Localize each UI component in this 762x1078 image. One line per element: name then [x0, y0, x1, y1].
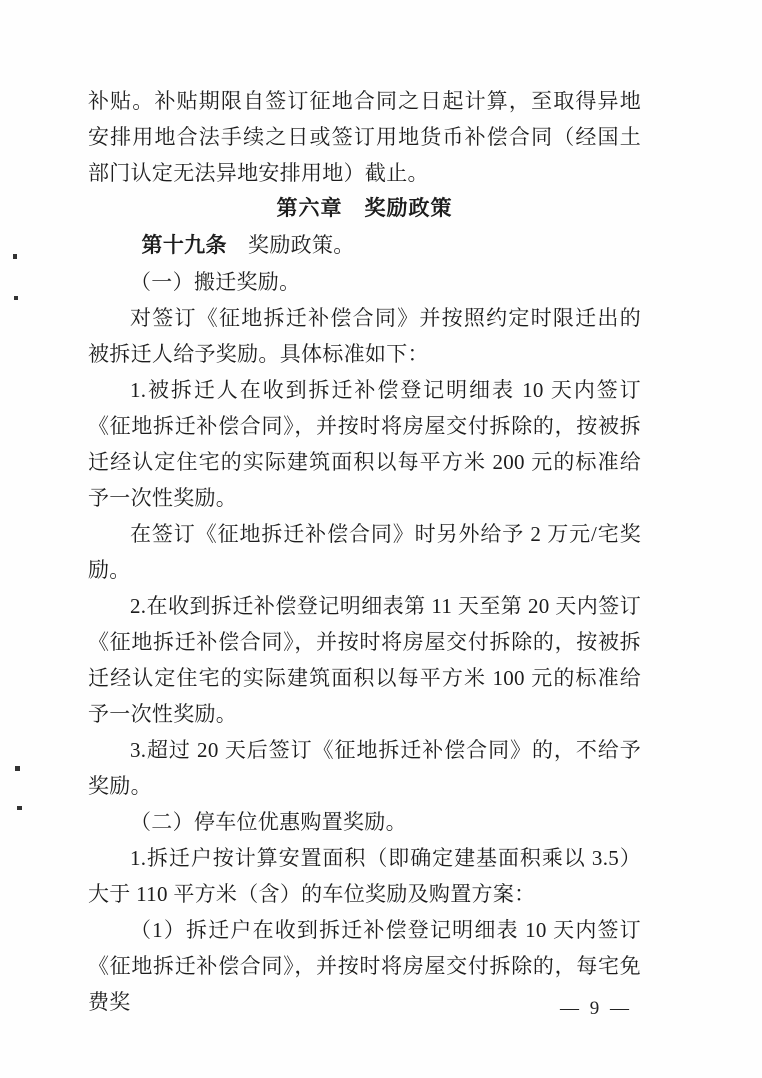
article-title: 奖励政策。 — [227, 233, 355, 257]
paragraph-section-1-heading: （一）搬迁奖励。 — [88, 264, 641, 300]
document-text-block: 补贴。补贴期限自签订征地合同之日起计算，至取得异地安排用地合法手续之日或签订用地… — [88, 83, 641, 1020]
scan-artifact-dot — [14, 296, 18, 300]
chapter-heading: 第六章 奖励政策 — [88, 191, 641, 227]
scan-artifact-dot — [17, 806, 22, 810]
paragraph-section-2-heading: （二）停车位优惠购置奖励。 — [88, 804, 641, 840]
paragraph-section-2-subclause-1: （1）拆迁户在收到拆迁补偿登记明细表 10 天内签订《征地拆迁补偿合同》，并按时… — [88, 912, 641, 1020]
paragraph-article-19: 第十九条 奖励政策。 — [88, 227, 641, 264]
paragraph-intro-continuation: 补贴。补贴期限自签订征地合同之日起计算，至取得异地安排用地合法手续之日或签订用地… — [88, 83, 641, 191]
paragraph-clause-3: 3.超过 20 天后签订《征地拆迁补偿合同》的，不给予奖励。 — [88, 732, 641, 804]
paragraph-clause-2: 2.在收到拆迁补偿登记明细表第 11 天至第 20 天内签订《征地拆迁补偿合同》… — [88, 588, 641, 732]
scan-artifact-dot — [15, 766, 20, 771]
scan-artifact-dot — [13, 254, 17, 259]
paragraph-section-1-intro: 对签订《征地拆迁补偿合同》并按照约定时限迁出的被拆迁人给予奖励。具体标准如下： — [88, 300, 641, 372]
article-number: 第十九条 — [142, 234, 227, 257]
paragraph-clause-1: 1.被拆迁人在收到拆迁补偿登记明细表 10 天内签订《征地拆迁补偿合同》，并按时… — [88, 372, 641, 516]
document-page: 补贴。补贴期限自签订征地合同之日起计算，至取得异地安排用地合法手续之日或签订用地… — [0, 0, 762, 1078]
page-number: — 9 — — [560, 998, 670, 1020]
paragraph-section-2-clause-1: 1.拆迁户按计算安置面积（即确定建基面积乘以 3.5）大于 110 平方米（含）… — [88, 840, 641, 912]
paragraph-clause-1-extra: 在签订《征地拆迁补偿合同》时另外给予 2 万元/宅奖励。 — [88, 516, 641, 588]
